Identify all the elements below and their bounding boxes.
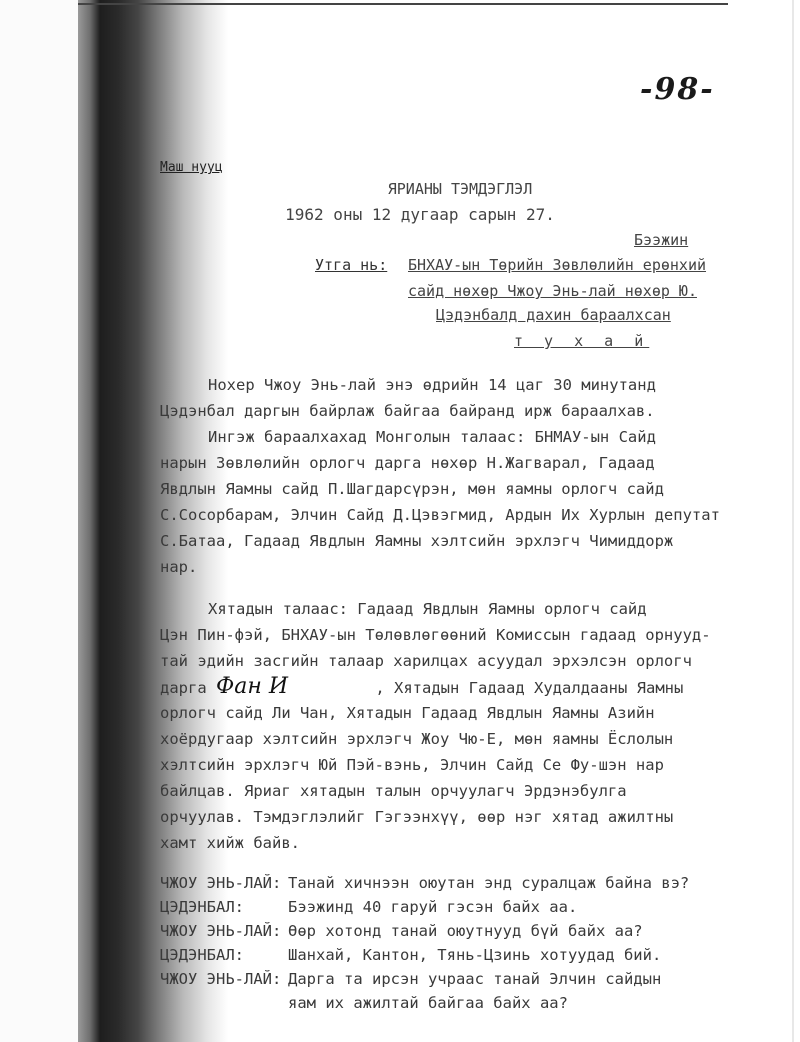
document-title: ЯРИАНЫ ТЭМДЭГЛЭЛ [60, 180, 800, 198]
line-prefix: дарга [160, 679, 207, 697]
body-line: С.Батаа, Гадаад Явдлын Яамны хэлтсийн эр… [160, 532, 673, 550]
body-line: Ингэж бараалхахад Монголын талаас: БНМАУ… [208, 428, 656, 446]
page-top-edge [78, 3, 728, 5]
utterance: Өөр хотонд танай оюутнууд бүй байх аа? [288, 922, 643, 940]
speaker: ЧЖОУ ЭНЬ-ЛАЙ: [160, 874, 288, 892]
dialogue-row: ЧЖОУ ЭНЬ-ЛАЙ:Өөр хотонд танай оюутнууд б… [160, 922, 643, 940]
speaker: ЧЖОУ ЭНЬ-ЛАЙ: [160, 922, 288, 940]
dialogue-row: ЦЭДЭНБАЛ:Шанхай, Кантон, Тянь-Цзинь хоту… [160, 946, 661, 964]
body-line: нарын Зөвлөлийн орлогч дарга нөхөр Н.Жаг… [160, 454, 655, 472]
body-line: Хятадын талаас: Гадаад Явдлын Яамны орло… [208, 600, 647, 618]
utterance: яам их ажилтай байгаа байх аа? [288, 994, 568, 1012]
classification-stamp: Маш нууц [160, 160, 223, 175]
utterance: Танай хичнээн оюутан энд суралцаж байна … [288, 874, 689, 892]
body-line: хэлтсийн эрхлэгч Юй Пэй-вэнь, Элчин Сайд… [160, 756, 664, 774]
subject-label: Утга нь: [315, 256, 387, 274]
document-date: 1962 оны 12 дугаар сарын 27. [20, 205, 800, 224]
handwritten-insert: Фан И [216, 674, 366, 699]
dialogue-row: ЦЭДЭНБАЛ:Бээжинд 40 гаруй гэсэн байх аа. [160, 898, 577, 916]
body-line: орчуулав. Тэмдэглэлийг Гэгээнхүү, өөр нэ… [160, 808, 673, 826]
utterance: Дарга та ирсэн учраас танай Элчин сайдын [288, 970, 661, 988]
subject-line: БНХАУ-ын Төрийн Зөвлөлийн ерөнхий [408, 256, 706, 274]
speaker: ЦЭДЭНБАЛ: [160, 946, 288, 964]
dialogue-row: яам их ажилтай байгаа байх аа? [160, 994, 568, 1012]
utterance: Шанхай, Кантон, Тянь-Цзинь хотуудад бий. [288, 946, 661, 964]
dialogue-row: ЧЖОУ ЭНЬ-ЛАЙ:Дарга та ирсэн учраас танай… [160, 970, 661, 988]
body-line: С.Сосорбарам, Элчин Сайд Д.Цэвэгмид, Ард… [160, 506, 720, 524]
scanner-margin [0, 0, 80, 1042]
body-line: Явдлын Яамны сайд П.Шагдарсүрэн, мөн яам… [160, 480, 664, 498]
subject-line: т у х а й [514, 332, 649, 350]
body-line: тай эдийн засгийн талаар харилцах асууда… [160, 652, 692, 670]
speaker: ЧЖОУ ЭНЬ-ЛАЙ: [160, 970, 288, 988]
utterance: Бээжинд 40 гаруй гэсэн байх аа. [288, 898, 577, 916]
line-suffix: , Хятадын Гадаад Худалдааны Яамны [375, 679, 683, 697]
page-right-edge [792, 0, 794, 1042]
handwritten-page-number: -98- [640, 72, 715, 107]
subject-line: сайд нөхөр Чжоу Энь-лай нөхөр Ю. [408, 282, 697, 300]
body-line: хамт хийж байв. [160, 834, 300, 852]
body-line: нар. [160, 558, 197, 576]
speaker: ЦЭДЭНБАЛ: [160, 898, 288, 916]
body-line-with-insert: дарга Фан И , Хятадын Гадаад Худалдааны … [160, 674, 683, 699]
body-line: хоёрдугаар хэлтсийн эрхлэгч Жоу Чю-Е, мө… [160, 730, 673, 748]
body-line: байлцав. Яриаг хятадын талын орчуулагч Э… [160, 782, 627, 800]
body-line: Цэн Пин-фэй, БНХАУ-ын Төлөвлөгөөний Коми… [160, 626, 711, 644]
document-place: Бээжин [634, 231, 688, 249]
body-line: Нохер Чжоу Энь-лай энэ өдрийн 14 цаг 30 … [208, 376, 656, 394]
subject-line: Цэдэнбалд дахин бараалхсан [436, 306, 671, 324]
body-line: Цэдэнбал даргын байрлаж байгаа байранд и… [160, 402, 655, 420]
dialogue-row: ЧЖОУ ЭНЬ-ЛАЙ:Танай хичнээн оюутан энд су… [160, 874, 689, 892]
body-line: орлогч сайд Ли Чан, Хятадын Гадаад Явдлы… [160, 704, 655, 722]
